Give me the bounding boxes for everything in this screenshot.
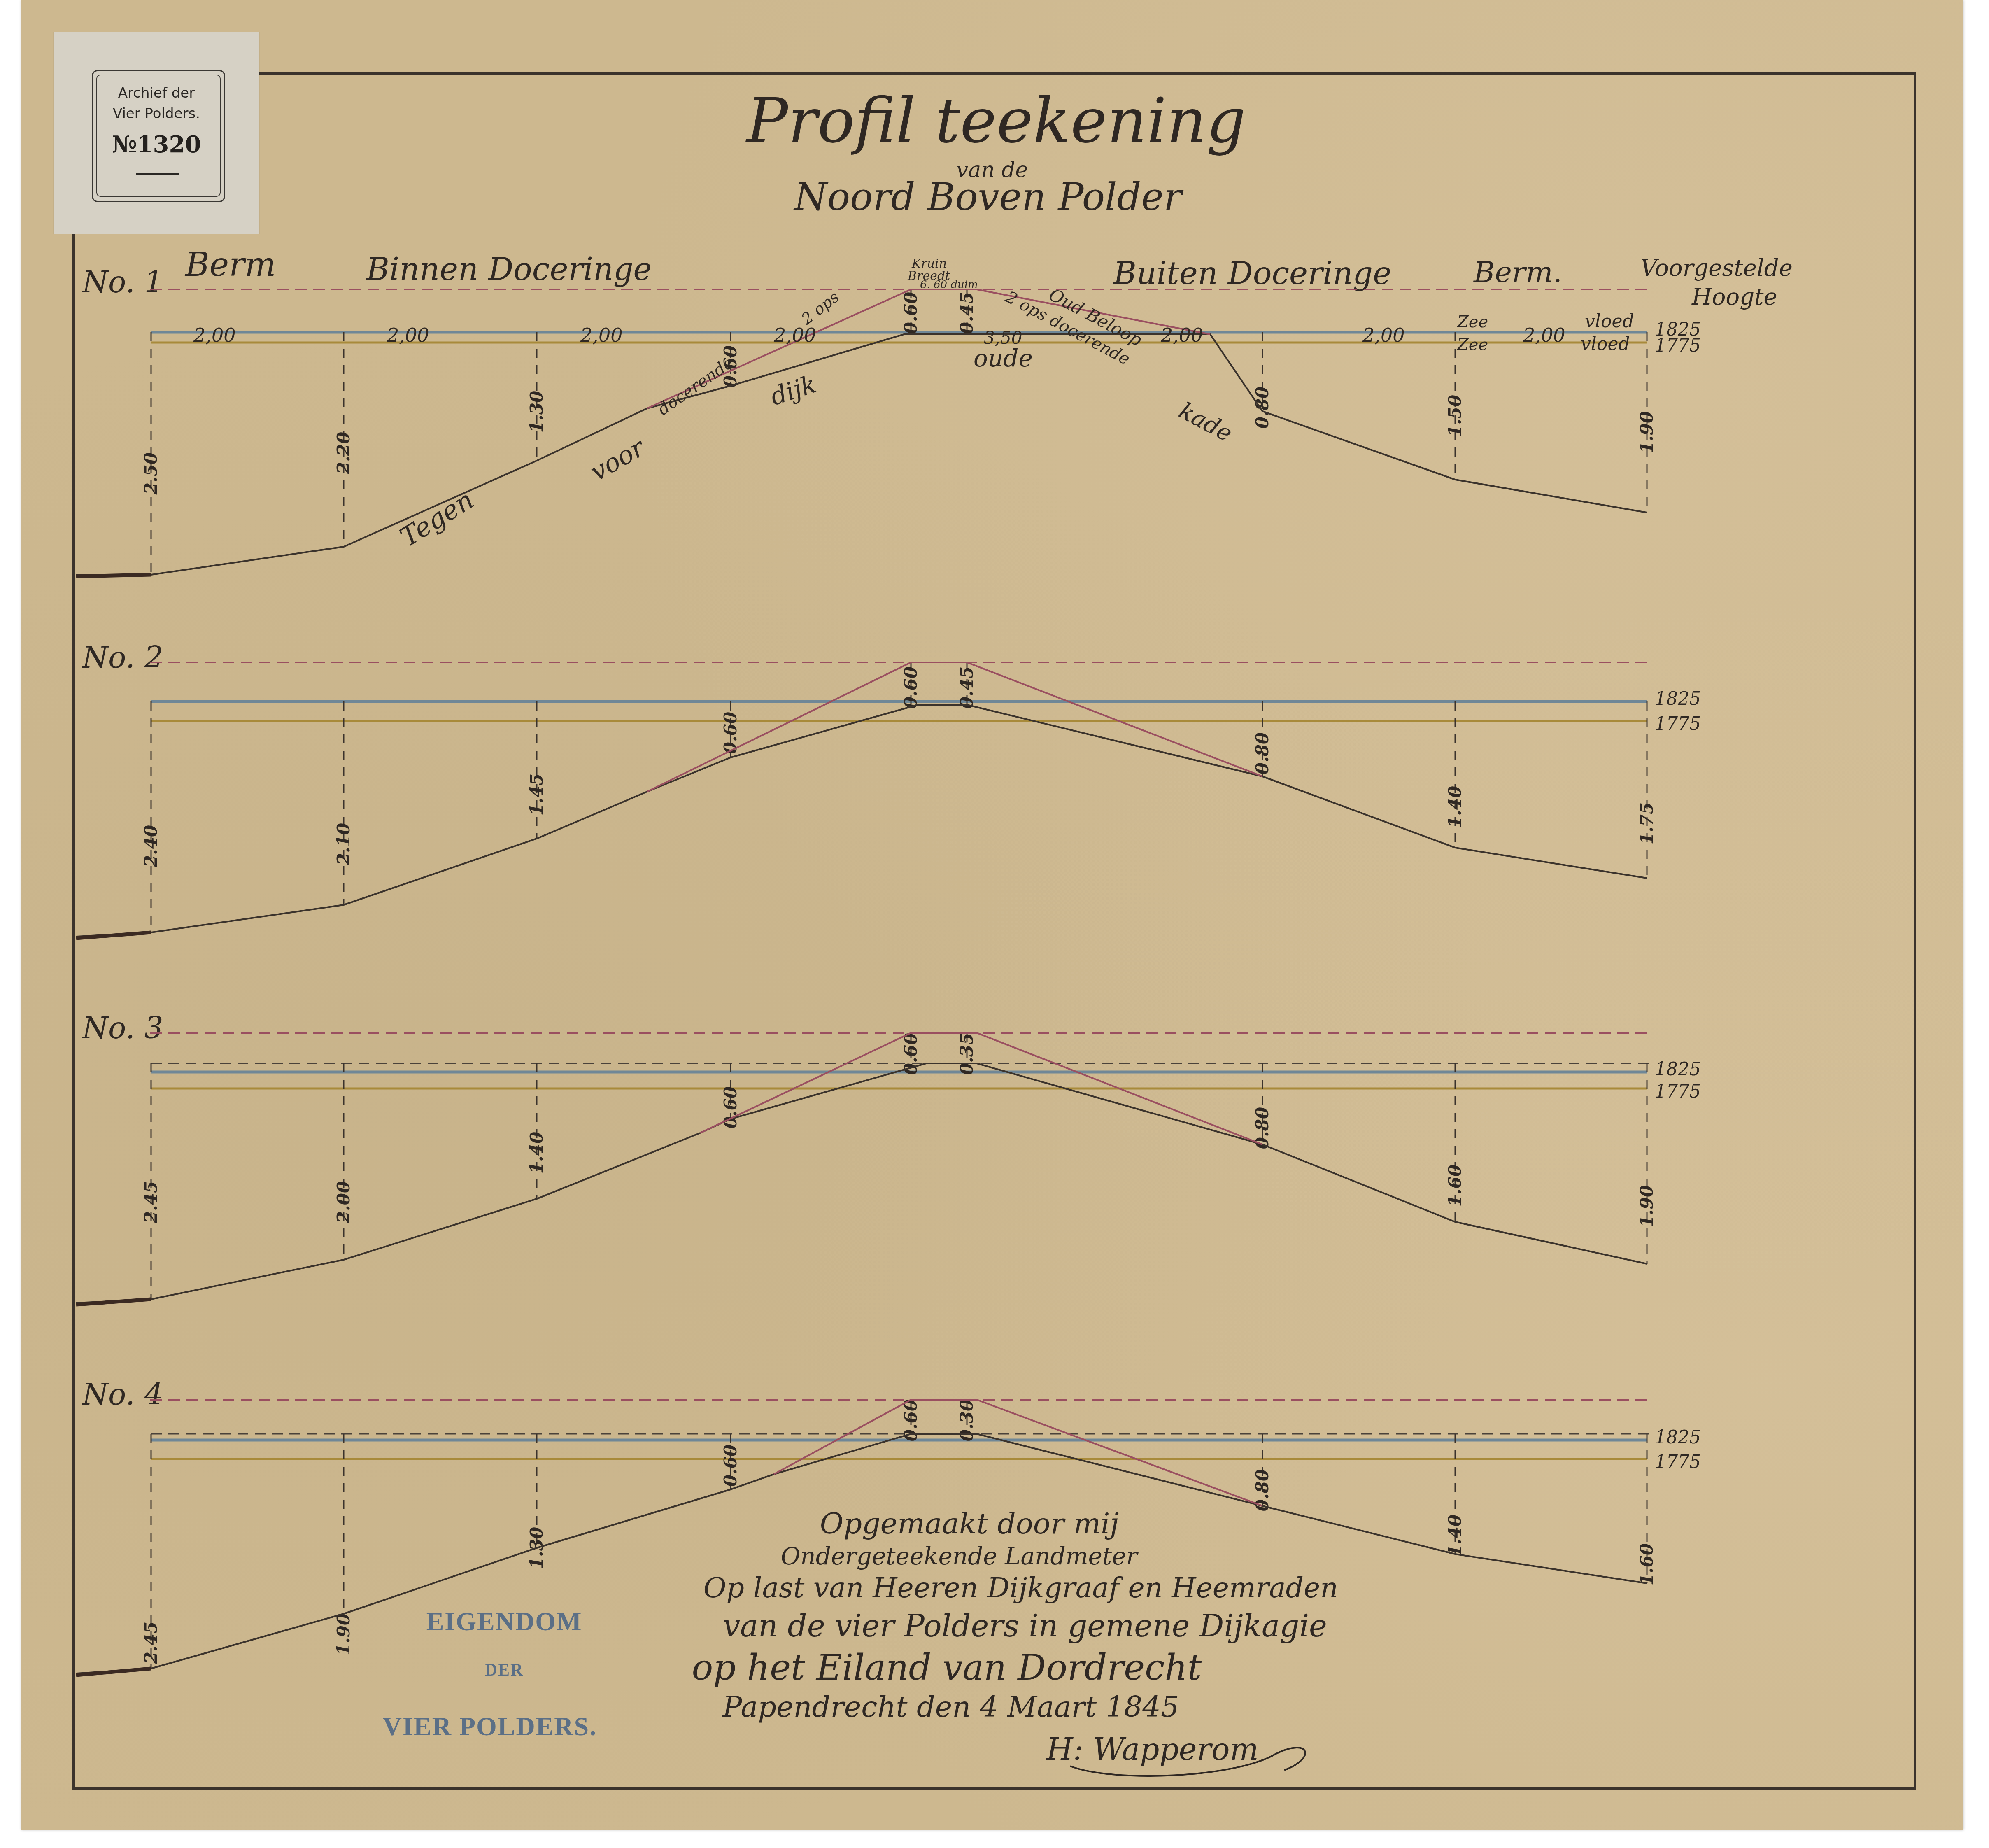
- archive-label-line1: Archief der: [54, 85, 259, 101]
- signature: H: Wapperom: [1046, 1732, 1258, 1767]
- ann-kade: kade: [1174, 397, 1237, 447]
- station-depth-label: 0.60: [901, 1033, 921, 1075]
- station-depth-label: 1.40: [1445, 1515, 1465, 1557]
- width-label: 2,00: [1362, 324, 1404, 346]
- station-depth-label: 2.45: [141, 1622, 161, 1664]
- station-depth-label: 1.40: [1445, 786, 1465, 828]
- station-depth-label: 0.60: [901, 1399, 921, 1441]
- profile-number: No. 4: [82, 1377, 163, 1412]
- level-label-lower: 1775: [1655, 335, 1701, 356]
- ownership-stamp: EIGENDOM DER VIER POLDERS.: [383, 1607, 597, 1741]
- profile-1: No. 1182517752.502.201.300.600.600.450.8…: [76, 265, 1701, 576]
- station-depth-label: 1.60: [1445, 1165, 1465, 1207]
- station-depth-label: 0.35: [957, 1033, 977, 1075]
- label-berm-right: Berm.: [1473, 255, 1562, 289]
- stamp-line3: VIER POLDERS.: [383, 1712, 597, 1741]
- station-depth-label: 1.30: [526, 391, 547, 433]
- stamp-line2: DER: [485, 1661, 524, 1680]
- station-depth-label: 0.45: [957, 292, 977, 334]
- station-depth-label: 2.20: [333, 432, 354, 474]
- station-depth-label: 2.50: [141, 452, 161, 495]
- existing-ground-profile: [76, 705, 1647, 937]
- level-label-upper: 1825: [1655, 688, 1701, 709]
- station-depth-label: 1.75: [1637, 802, 1657, 844]
- ann-crest-width: 3,50: [984, 328, 1022, 348]
- ann-vloed-top: vloed: [1585, 311, 1634, 332]
- ann-2ops-left: 2 ops: [798, 288, 843, 329]
- profile-3: No. 3182517752.452.001.400.600.600.350.8…: [76, 1011, 1701, 1305]
- cert-line1: Opgemaakt door mij: [820, 1507, 1119, 1540]
- ann-zee-bottom: Zee: [1456, 335, 1488, 354]
- station-depth-label: 2.00: [333, 1181, 354, 1223]
- station-depth-label: 0.30: [957, 1399, 977, 1441]
- existing-ground-profile: [76, 1063, 1647, 1303]
- station-depth-label: 1.45: [526, 774, 547, 816]
- ann-voor: voor: [585, 431, 651, 487]
- level-label-lower: 1775: [1655, 1452, 1701, 1473]
- certification-block: Opgemaakt door mij Ondergeteekende Landm…: [692, 1507, 1339, 1776]
- cert-line4: van de vier Polders in gemene Dijkagie: [723, 1608, 1327, 1644]
- level-label-lower: 1775: [1655, 713, 1701, 734]
- profile-number: No. 3: [82, 1011, 163, 1045]
- width-label: 2,00: [1523, 324, 1565, 346]
- ann-oude: oude: [974, 344, 1033, 372]
- station-depth-label: 1.90: [1637, 1185, 1657, 1227]
- level-label-upper: 1825: [1655, 1427, 1701, 1448]
- ann-dijk: dijk: [767, 370, 820, 411]
- profile-number: No. 2: [82, 640, 163, 675]
- profiles-layer: No. 1182517752.502.201.300.600.600.450.8…: [76, 265, 1701, 1675]
- label-voorgestelde: Voorgestelde: [1640, 255, 1793, 282]
- station-depth-label: 1.90: [1637, 411, 1657, 453]
- station-depth-label: 2.40: [141, 825, 161, 867]
- width-label: 2,00: [387, 324, 429, 346]
- station-depth-label: 0.45: [957, 666, 977, 708]
- existing-ground-profile: [76, 334, 1647, 575]
- cert-line2: Ondergeteekende Landmeter: [781, 1542, 1139, 1570]
- width-label: 2,00: [580, 324, 622, 346]
- label-hoogte: Hoogte: [1691, 284, 1777, 310]
- profile-2: No. 2182517752.402.101.450.600.600.450.8…: [76, 640, 1701, 938]
- label-berm-left: Berm: [184, 245, 276, 284]
- width-label: 2,00: [193, 324, 235, 346]
- station-depth-label: 0.80: [1252, 387, 1272, 429]
- profile-number: No. 1: [82, 265, 163, 299]
- station-depth-label: 0.60: [901, 666, 921, 708]
- stamp-line1: EIGENDOM: [426, 1607, 582, 1636]
- label-buiten-docering: Buiten Doceringe: [1113, 255, 1391, 291]
- left-ground-end: [76, 1669, 151, 1675]
- archive-label-line2: Vier Polders.: [54, 105, 259, 122]
- level-label-lower: 1775: [1655, 1081, 1701, 1102]
- station-depth-label: 0.80: [1252, 732, 1272, 774]
- station-depth-label: 0.60: [720, 1445, 741, 1487]
- ann-zee-top: Zee: [1456, 312, 1488, 331]
- title-polder: Noord Boven Polder: [793, 175, 1184, 219]
- cert-line6: Papendrecht den 4 Maart 1845: [722, 1690, 1179, 1724]
- station-depth-label: 2.10: [333, 823, 354, 865]
- cert-line3: Op last van Heeren Dijkgraaf en Heemrade…: [703, 1572, 1338, 1604]
- left-ground-end: [76, 575, 151, 576]
- title-main: Profil teekening: [745, 85, 1246, 157]
- level-label-upper: 1825: [1655, 1059, 1701, 1080]
- archive-label: Archief der Vier Polders. №1320: [54, 32, 259, 234]
- station-depth-label: 0.60: [901, 292, 921, 334]
- station-depth-label: 1.40: [526, 1132, 547, 1174]
- archive-label-rule: [136, 173, 179, 175]
- cert-line5: op het Eiland van Dordrecht: [692, 1647, 1202, 1688]
- width-label: 2,00: [1160, 324, 1203, 346]
- label-binnen-docering: Binnen Doceringe: [366, 251, 652, 287]
- station-depth-label: 1.50: [1445, 395, 1465, 437]
- station-depth-label: 1.60: [1637, 1543, 1657, 1585]
- profile-drawing: Profil teekening van de Noord Boven Pold…: [0, 0, 1989, 1848]
- archive-number: №1320: [54, 131, 259, 158]
- station-depth-label: 2.45: [141, 1181, 161, 1223]
- station-depth-label: 1.90: [333, 1613, 354, 1655]
- ann-vloed-bottom: vloed: [1581, 333, 1630, 354]
